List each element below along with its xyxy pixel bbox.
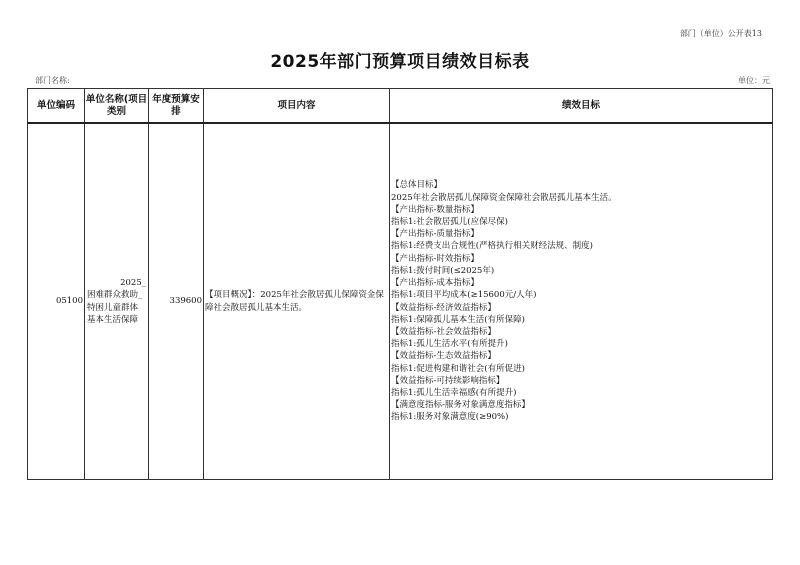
goal-line: 2025年社会散居孤儿保障资金保障社会散居孤儿基本生活。 [391,192,772,204]
goal-category-heading: 【效益指标-经济效益指标】 [391,302,772,314]
column-header-unit-name: 单位名称(项目类别 [85,89,149,124]
unit-code-cell: 05100 [28,123,85,480]
goal-category-heading: 【产出指标-质量指标】 [391,228,772,240]
goal-line: 指标1:促进构建和谐社会(有所促进) [391,363,772,375]
budget-amount-cell: 339600 [149,123,204,480]
goal-line: 指标1:社会散居孤儿(应保尽保) [391,216,772,228]
page-title: 2025年部门预算项目绩效目标表 [0,47,800,72]
column-header-performance-goals: 绩效目标 [390,89,773,124]
unit-name-cell: 2025_ 困难群众救助_特困儿童群体基本生活保障 [85,123,149,480]
goal-category-heading: 【效益指标-生态效益指标】 [391,350,772,362]
goal-category-heading: 【产出指标-时效指标】 [391,253,772,265]
column-header-annual-budget: 年度预算安排 [149,89,204,124]
project-content-cell: 【项目概况】：2025年社会散居孤儿保障资金保障社会散居孤儿基本生活。 [204,123,390,480]
goal-category-heading: 【产出指标-数量指标】 [391,204,772,216]
goal-line: 指标1:保障孤儿基本生活(有所保障) [391,314,772,326]
goal-line: 指标1:经费支出合规性(严格执行相关财经法规、制度) [391,240,772,252]
goals-list: 【总体目标】2025年社会散居孤儿保障资金保障社会散居孤儿基本生活。【产出指标-… [391,179,772,423]
column-header-project-content: 项目内容 [204,89,390,124]
performance-goals-cell: 【总体目标】2025年社会散居孤儿保障资金保障社会散居孤儿基本生活。【产出指标-… [390,123,773,480]
performance-goals-table: 单位编码 单位名称(项目类别 年度预算安排 项目内容 绩效目标 05100 20… [27,88,773,480]
goal-line: 指标1:项目平均成本(≥15600元/人年) [391,289,772,301]
column-header-unit-code: 单位编码 [28,89,85,124]
goal-line: 指标1:拨付时间(≤2025年) [391,265,772,277]
unit-name-year: 2025_ [87,277,146,289]
goal-line: 指标1:服务对象满意度(≥90%) [391,411,772,423]
currency-unit-label: 单位：元 [738,75,770,86]
table-row: 05100 2025_ 困难群众救助_特困儿童群体基本生活保障 339600 【… [28,123,773,480]
goal-category-heading: 【总体目标】 [391,179,772,191]
goal-category-heading: 【产出指标-成本指标】 [391,277,772,289]
goal-category-heading: 【效益指标-社会效益指标】 [391,326,772,338]
unit-name-text: 困难群众救助_特困儿童群体基本生活保障 [87,289,146,326]
table-header-row: 单位编码 单位名称(项目类别 年度预算安排 项目内容 绩效目标 [28,89,773,124]
goal-line: 指标1:孤儿生活幸福感(有所提升) [391,387,772,399]
goal-category-heading: 【效益指标-可持续影响指标】 [391,375,772,387]
goal-line: 指标1:孤儿生活水平(有所提升) [391,338,772,350]
form-number: 部门（单位）公开表13 [680,28,762,39]
department-name-label: 部门名称: [35,75,70,86]
goal-category-heading: 【满意度指标-服务对象满意度指标】 [391,399,772,411]
